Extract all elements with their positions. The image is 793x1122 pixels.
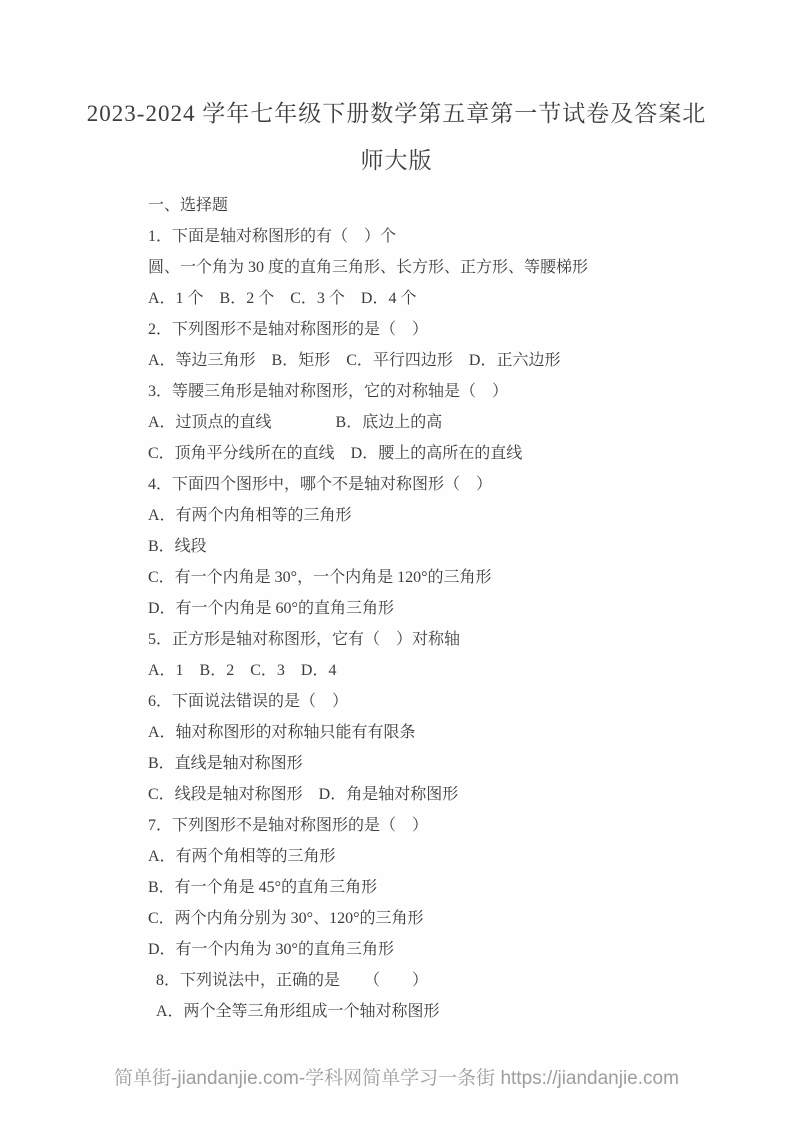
text-line: B．直线是轴对称图形	[148, 748, 703, 779]
text-line: 4．下面四个图形中，哪个不是轴对称图形（ ）	[148, 469, 703, 500]
footer-watermark-text: 简单街-jiandanjie.com-学科网简单学习一条街 https://ji…	[114, 1068, 679, 1089]
text-line: A．1 个 B．2 个 C．3 个 D．4 个	[148, 283, 703, 314]
document-page: 2023-2024 学年七年级下册数学第五章第一节试卷及答案北 师大版 一、选择…	[0, 0, 793, 1122]
text-line: A．等边三角形 B．矩形 C．平行四边形 D．正六边形	[148, 345, 703, 376]
text-line: D．有一个内角为 30°的直角三角形	[148, 934, 703, 965]
document-body: 一、选择题 1．下面是轴对称图形的有（ ）个 圆、一个角为 30 度的直角三角形…	[148, 190, 703, 1027]
text-line: 8．下列说法中，正确的是 （ ）	[148, 965, 703, 996]
text-line: 1．下面是轴对称图形的有（ ）个	[148, 221, 703, 252]
text-line: A．两个全等三角形组成一个轴对称图形	[148, 996, 703, 1027]
text-line: C．两个内角分别为 30°、120°的三角形	[148, 903, 703, 934]
text-line: B．有一个角是 45°的直角三角形	[148, 872, 703, 903]
text-line: 7．下列图形不是轴对称图形的是（ ）	[148, 810, 703, 841]
text-line: 一、选择题	[148, 190, 703, 221]
document-title-line1: 2023-2024 学年七年级下册数学第五章第一节试卷及答案北	[0, 90, 793, 137]
text-line: 6．下面说法错误的是（ ）	[148, 686, 703, 717]
document-title-line2: 师大版	[0, 137, 793, 184]
footer-watermark: 简单街-jiandanjie.com-学科网简单学习一条街 https://ji…	[0, 1063, 793, 1090]
text-line: C．有一个内角是 30°，一个内角是 120°的三角形	[148, 562, 703, 593]
document-title: 2023-2024 学年七年级下册数学第五章第一节试卷及答案北 师大版	[0, 0, 793, 184]
text-line: 5．正方形是轴对称图形，它有（ ）对称轴	[148, 624, 703, 655]
text-line: A．1 B．2 C．3 D．4	[148, 655, 703, 686]
text-line: B．线段	[148, 531, 703, 562]
text-line: A．有两个内角相等的三角形	[148, 500, 703, 531]
text-line: 圆、一个角为 30 度的直角三角形、长方形、正方形、等腰梯形	[148, 252, 703, 283]
text-line: C．顶角平分线所在的直线 D．腰上的高所在的直线	[148, 438, 703, 469]
text-line: A．轴对称图形的对称轴只能有有限条	[148, 717, 703, 748]
text-line: C．线段是轴对称图形 D．角是轴对称图形	[148, 779, 703, 810]
text-line: A．过顶点的直线 B．底边上的高	[148, 407, 703, 438]
text-line: A．有两个角相等的三角形	[148, 841, 703, 872]
text-line: 3．等腰三角形是轴对称图形，它的对称轴是（ ）	[148, 376, 703, 407]
text-line: D．有一个内角是 60°的直角三角形	[148, 593, 703, 624]
text-line: 2．下列图形不是轴对称图形的是（ ）	[148, 314, 703, 345]
